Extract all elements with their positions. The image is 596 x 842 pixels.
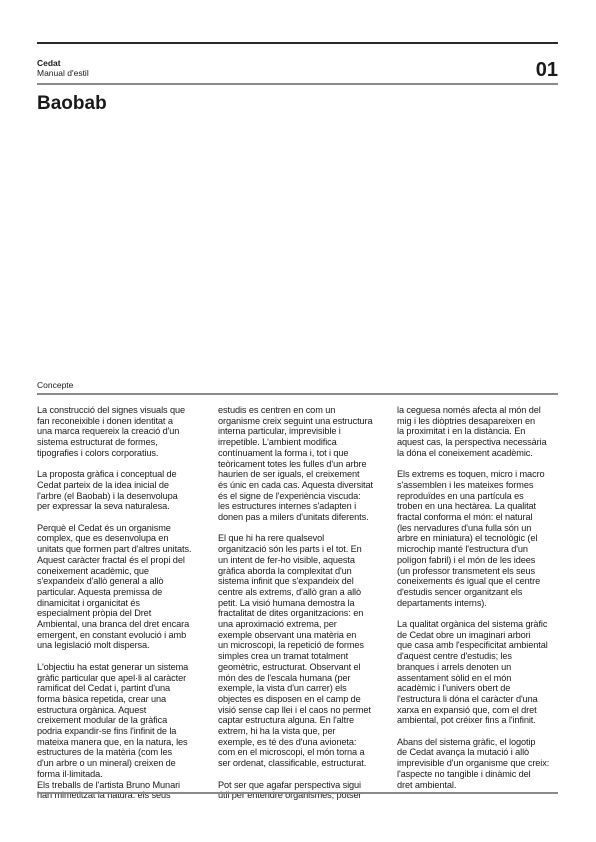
paragraph: La qualitat orgànica del sistema gràfic … — [397, 619, 569, 726]
paragraph: Els extrems es toquen, micro i macro s'a… — [397, 469, 569, 608]
paragraph: El que hi ha rere qualsevol organització… — [218, 533, 390, 768]
section-rule — [37, 393, 558, 395]
text-column-1: La construcció del signes visuals que fa… — [37, 405, 209, 812]
brand-name: Cedat — [37, 58, 89, 68]
paragraph: L'objectiu ha estat generar un sistema g… — [37, 662, 209, 780]
paragraph: Els treballs de l'artista Bruno Munari h… — [37, 780, 209, 801]
text-column-3: la ceguesa només afecta al món del mig i… — [397, 405, 569, 801]
brand-subtitle: Manual d'estil — [37, 68, 89, 78]
section-label: Concepte — [37, 380, 73, 390]
brand-block: Cedat Manual d'estil — [37, 58, 89, 78]
page-title: Baobab — [37, 92, 107, 116]
paragraph: la ceguesa només afecta al món del mig i… — [397, 405, 569, 459]
footer-rule — [37, 792, 558, 794]
paragraph: Pot ser que agafar perspectiva sigui úti… — [218, 780, 390, 801]
text-column-2: estudis es centren en com un organisme c… — [218, 405, 390, 812]
paragraph: Abans del sistema gràfic, el logotip de … — [397, 737, 569, 791]
paragraph: La proposta gràfica i conceptual de Ceda… — [37, 469, 209, 512]
paragraph: Perquè el Cedat és un organisme complex,… — [37, 523, 209, 651]
page-number: 01 — [536, 59, 558, 81]
header-bottom-rule — [37, 83, 558, 85]
paragraph: estudis es centren en com un organisme c… — [218, 405, 390, 523]
header-top-rule — [37, 42, 558, 44]
paragraph: La construcció del signes visuals que fa… — [37, 405, 209, 459]
